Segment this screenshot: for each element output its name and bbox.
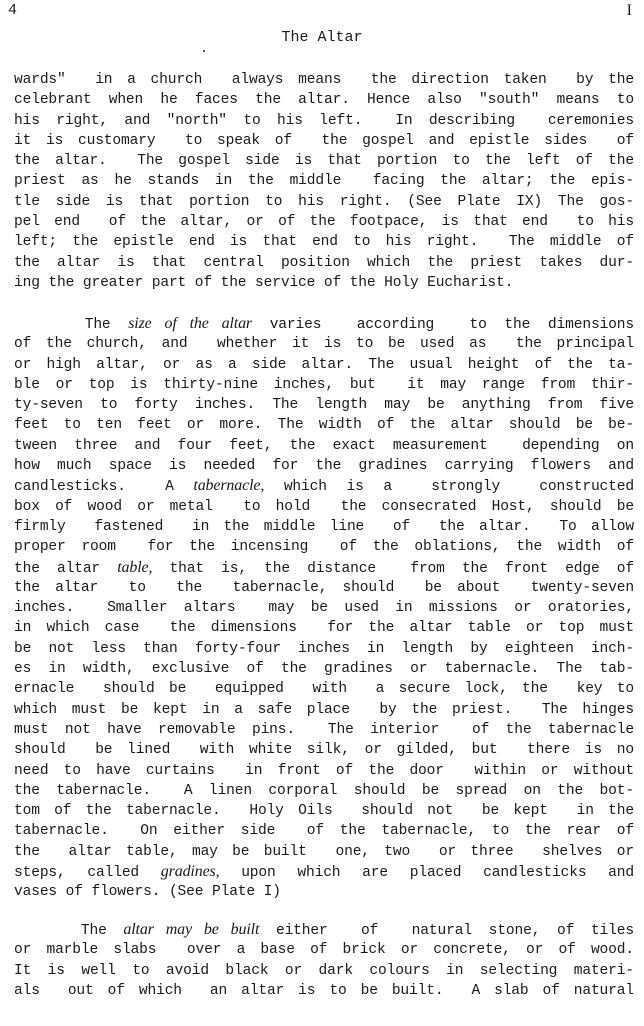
text-line: firmly fastened in the middle line of th… [14, 517, 634, 537]
italic-term: altar may be built [123, 921, 259, 938]
text-line: It is well to avoid black or dark colour… [14, 961, 634, 981]
text-line: ernacle should be equipped with a secure… [14, 679, 634, 699]
text-line: vases of flowers. (See Plate I) [14, 882, 634, 902]
section-mark: I [627, 2, 632, 20]
text-line: box of wood or metal to hold the consecr… [14, 497, 634, 517]
text-line: inches. Smaller altars may be used in mi… [14, 598, 634, 618]
text-line: the altar table, that is, the distance f… [14, 558, 634, 578]
text-line: proper room for the incensing of the obl… [14, 537, 634, 557]
text-line: tom of the tabernacle. Holy Oils should … [14, 801, 634, 821]
text-line: how much space is needed for the gradine… [14, 456, 634, 476]
text-line: in which case the dimensions for the alt… [14, 618, 634, 638]
text-line: his right, and "north" to his left. In d… [14, 111, 634, 131]
page-number: 4 [8, 2, 17, 19]
paragraph-1: wards" in a church always means the dire… [14, 70, 634, 293]
text-line: the altar to the tabernacle, should be a… [14, 578, 634, 598]
text-line: tle side is that portion to his right. (… [14, 192, 634, 212]
text-line: which must be kept in a safe place by th… [14, 700, 634, 720]
text-line: it is customary to speak of the gospel a… [14, 131, 634, 151]
text-line: es in width, exclusive of the gradines o… [14, 659, 634, 679]
italic-term: size of the altar [128, 315, 252, 332]
text-line: tabernacle. On either side of the tabern… [14, 821, 634, 841]
text-line: need to have curtains in front of the do… [14, 761, 634, 781]
italic-term: tabernacle, [193, 477, 264, 494]
text-line: priest as he stands in the middle facing… [14, 171, 634, 191]
running-title: The Altar [0, 29, 644, 46]
text-line: The size of the altar varies according t… [14, 314, 634, 334]
text-line: tween three and four feet, the exact mea… [14, 436, 634, 456]
text-line: the altar. The gospel side is that porti… [14, 151, 634, 171]
document-page: 4 I The Altar wards" in a church always … [0, 0, 644, 1026]
scan-speck [203, 50, 205, 52]
text-line: ble or top is thirty-nine inches, but it… [14, 375, 634, 395]
text-line: steps, called gradines, upon which are p… [14, 862, 634, 882]
text-line: ty-seven to forty inches. The length may… [14, 395, 634, 415]
italic-term: table, [117, 559, 152, 576]
italic-term: gradines, [161, 863, 220, 880]
text-line: pel end of the altar, or of the footpace… [14, 212, 634, 232]
text-line: or high altar, or as a side altar. The u… [14, 355, 634, 375]
text-line: candlesticks. A tabernacle, which is a s… [14, 476, 634, 496]
paragraph-size-of-altar: The size of the altar varies according t… [14, 314, 634, 903]
text-line: left; the epistle end is that end to his… [14, 232, 634, 252]
text-line: be not less than forty-four inches in le… [14, 639, 634, 659]
text-line: the altar table, may be built one, two o… [14, 842, 634, 862]
text-line: feet to ten feet or more. The width of t… [14, 415, 634, 435]
text-line: The altar may be built either of natural… [14, 920, 634, 940]
text-line: or marble slabs over a base of brick or … [14, 940, 634, 960]
text-line: should be lined with white silk, or gild… [14, 740, 634, 760]
text-line: the tabernacle. A linen corporal should … [14, 781, 634, 801]
text-line: of the church, and whether it is to be u… [14, 334, 634, 354]
text-line: must not have removable pins. The interi… [14, 720, 634, 740]
text-line: celebrant when he faces the altar. Hence… [14, 90, 634, 110]
text-line: wards" in a church always means the dire… [14, 70, 634, 90]
text-line: the altar is that central position which… [14, 253, 634, 273]
paragraph-altar-construction: The altar may be built either of natural… [14, 920, 634, 1001]
text-line: als out of which an altar is to be built… [14, 981, 634, 1001]
text-line: ing the greater part of the service of t… [14, 273, 634, 293]
